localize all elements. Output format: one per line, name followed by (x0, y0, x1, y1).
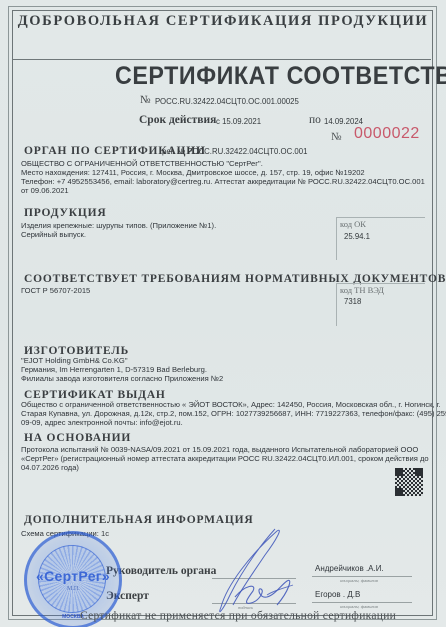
initials-caption: инициалы, фамилия (340, 578, 378, 583)
certification-body-line: Телефон: +7 4952553456, email: laborator… (21, 177, 425, 187)
stamp-mp: М.П. (67, 586, 80, 592)
basis-line: «СертРег» (регистрационный номер аттеста… (21, 454, 429, 464)
certification-body-line: от 09.06.2021 (21, 186, 69, 196)
validity-from: с 15.09.2021 (216, 117, 261, 126)
validity-label: Срок действия (139, 114, 216, 126)
initials-caption: инициалы, фамилия (340, 604, 378, 609)
basis-heading: НА ОСНОВАНИИ (24, 432, 131, 444)
footer-note: Сертификат не применяется при обязательн… (80, 610, 396, 622)
number-label: № (140, 94, 151, 106)
expert-name-line (312, 602, 412, 603)
qr-code-icon[interactable] (395, 468, 423, 496)
basis-line: 04.07.2026 года) (21, 463, 79, 473)
blank-number: 0000022 (354, 125, 420, 143)
head-of-body-name: Андрейчиков .А.И. (315, 564, 384, 574)
certification-body-reg: рег. № РОСС.RU.32422.04СЦТ0.ОС.001 (162, 147, 307, 156)
product-line: Серийный выпуск. (21, 230, 86, 240)
code-tnved-value: 7318 (344, 297, 361, 306)
norms-standard: ГОСТ Р 56707-2015 (21, 286, 90, 296)
product-heading: ПРОДУКЦИЯ (24, 207, 107, 219)
stamp-name: «СертРег» (27, 568, 119, 584)
blank-number-label: № (331, 131, 342, 143)
head-name-line (312, 576, 412, 577)
issued-to-line: 09-09, адрес электронной почты: info@ejo… (21, 418, 183, 428)
head-of-body-label: Руководитель органа (106, 565, 216, 577)
certificate-page: ДОБРОВОЛЬНАЯ СЕРТИФИКАЦИЯ ПРОДУКЦИИ СЕРТ… (0, 0, 446, 627)
validity-to-label: по (309, 114, 321, 126)
certificate-title: СЕРТИФИКАТ СООТВЕТСТВИЯ (115, 62, 446, 91)
header-divider (13, 59, 431, 60)
code-tnved-label: код ТН ВЭД (340, 285, 384, 295)
code-ok-label: код ОК (340, 219, 366, 229)
certificate-number: РОСС.RU.32422.04СЦТ0.ОС.001.00025 (155, 97, 299, 106)
manufacturer-line: Филиалы завода изготовителя согласно При… (21, 374, 223, 384)
handwritten-signature-icon (205, 525, 300, 620)
voluntary-certification-title: ДОБРОВОЛЬНАЯ СЕРТИФИКАЦИЯ ПРОДУКЦИИ (0, 13, 446, 30)
expert-name: Егоров . Д.В (315, 590, 360, 600)
code-ok-value: 25.94.1 (344, 232, 370, 241)
